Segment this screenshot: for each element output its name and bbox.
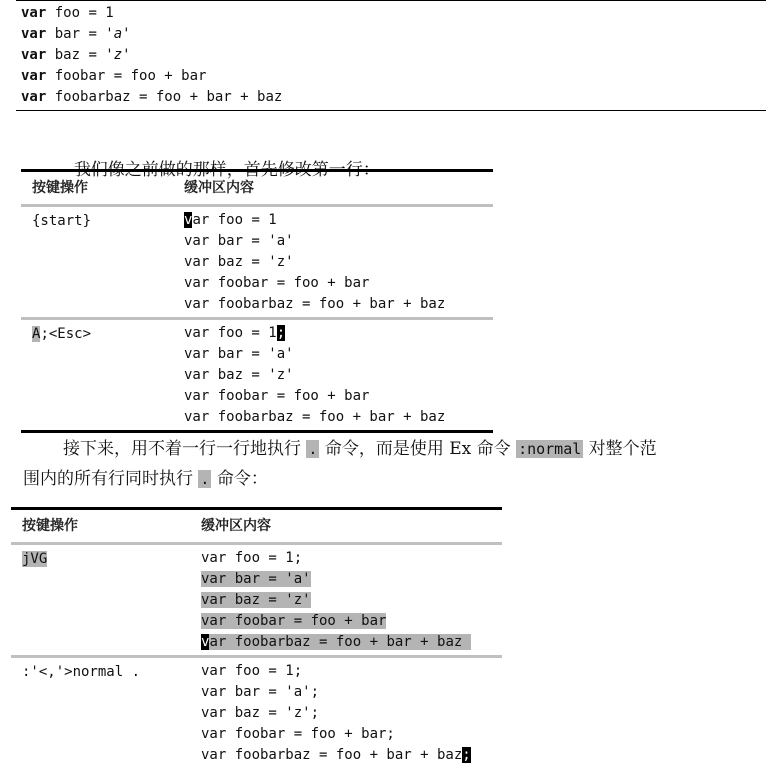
header-buffer: 缓冲区内容: [201, 510, 271, 542]
buffer-cell: var foo = 1; var bar = 'a' var baz = 'z'…: [201, 545, 502, 655]
code-line: var bar = 'a': [21, 24, 766, 45]
buffer-line: var foo = 1;: [184, 323, 493, 344]
paragraph-explanation-line2: 围内的所有行同时执行 . 命令：: [23, 464, 268, 494]
keystroke-cell: {start}: [32, 211, 91, 232]
dot-command: .: [198, 470, 211, 488]
buffer-cell: var foo = 1 var bar = 'a' var baz = 'z' …: [184, 207, 493, 317]
keystroke-table-2: 按键操作 缓冲区内容 jVG var foo = 1; var bar = 'a…: [11, 507, 502, 764]
keystroke-cell: jVG: [22, 549, 47, 570]
paragraph-explanation-line1: 接下来，用不着一行一行地执行 . 命令，而是使用 Ex 命令 :normal 对…: [63, 434, 657, 464]
buffer-line: var foo = 1;: [201, 548, 502, 569]
code-line: var baz = 'z': [21, 45, 766, 66]
buffer-line: var baz = 'z';: [201, 703, 502, 724]
code-block: var foo = 1 var bar = 'a' var baz = 'z' …: [16, 0, 766, 111]
visual-selection: var baz = 'z': [201, 592, 311, 608]
table-header: 按键操作 缓冲区内容: [21, 172, 493, 207]
buffer-line: var foobar = foo + bar: [184, 386, 493, 407]
buffer-line: var bar = 'a';: [201, 682, 502, 703]
buffer-line: var bar = 'a': [201, 569, 502, 590]
table-header: 按键操作 缓冲区内容: [11, 510, 502, 545]
visual-selection: var foobar = foo + bar: [201, 613, 386, 629]
buffer-line: var foobarbaz = foo + bar + baz: [184, 407, 493, 428]
code-line: var foo = 1: [21, 3, 766, 24]
table-row: A;<Esc> var foo = 1; var bar = 'a' var b…: [21, 317, 493, 430]
buffer-line: var foobarbaz = foo + bar + baz: [184, 294, 493, 315]
buffer-line: var foobar = foo + bar: [201, 611, 502, 632]
buffer-line: var foobar = foo + bar: [184, 273, 493, 294]
buffer-cell: var foo = 1; var bar = 'a'; var baz = 'z…: [201, 658, 502, 764]
visual-selection: var bar = 'a': [201, 571, 311, 587]
visual-selection: ar foobarbaz = foo + bar + baz: [209, 634, 470, 650]
table-row: {start} var foo = 1 var bar = 'a' var ba…: [21, 207, 493, 317]
normal-command: :normal: [516, 440, 583, 458]
table-row: :'<,'>normal . var foo = 1; var bar = 'a…: [11, 655, 502, 764]
code-line: var foobarbaz = foo + bar + baz: [21, 87, 766, 108]
buffer-line: var bar = 'a': [184, 344, 493, 365]
buffer-line: var bar = 'a': [184, 231, 493, 252]
code-line: var foobar = foo + bar: [21, 66, 766, 87]
keystroke-cell: A;<Esc>: [32, 324, 91, 345]
buffer-line: var baz = 'z': [184, 365, 493, 386]
buffer-line: var baz = 'z': [184, 252, 493, 273]
buffer-line: var foobarbaz = foo + bar + baz;: [201, 745, 502, 764]
buffer-line: var foo = 1;: [201, 661, 502, 682]
buffer-line: var foo = 1: [184, 210, 493, 231]
cursor: ;: [277, 325, 285, 341]
header-keys: 按键操作: [22, 510, 78, 542]
header-keys: 按键操作: [32, 172, 88, 204]
keystroke-table-1: 按键操作 缓冲区内容 {start} var foo = 1 var bar =…: [21, 169, 493, 433]
buffer-cell: var foo = 1; var bar = 'a' var baz = 'z'…: [184, 320, 493, 430]
buffer-line: var baz = 'z': [201, 590, 502, 611]
buffer-line: var foobar = foo + bar;: [201, 724, 502, 745]
buffer-line: var foobarbaz = foo + bar + baz: [201, 632, 502, 653]
cursor: ;: [462, 747, 470, 763]
table-row: jVG var foo = 1; var bar = 'a' var baz =…: [11, 545, 502, 655]
keystroke-cell: :'<,'>normal .: [22, 662, 140, 683]
header-buffer: 缓冲区内容: [184, 172, 254, 204]
dot-command: .: [306, 440, 319, 458]
